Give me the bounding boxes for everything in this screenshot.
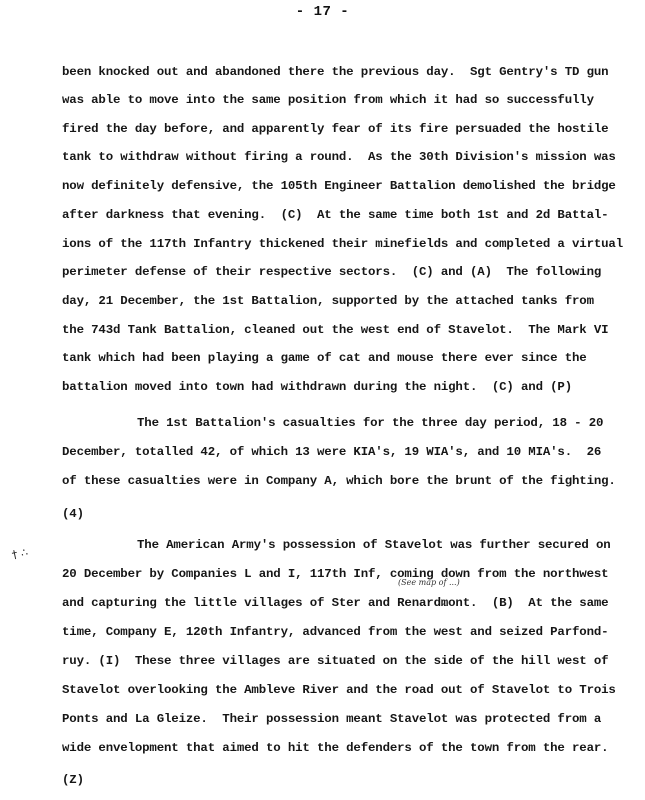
text-line: of these casualties were in Company A, w… bbox=[62, 473, 616, 489]
text-line: time, Company E, 120th Infantry, advance… bbox=[62, 624, 608, 640]
text-line: (Z) bbox=[62, 772, 84, 788]
handwritten-insert: (See map of ...) bbox=[398, 578, 460, 587]
page-number: - 17 - bbox=[0, 4, 645, 20]
text-line: ions of the 117th Infantry thickened the… bbox=[62, 236, 623, 252]
text-line: tank to withdraw without firing a round.… bbox=[62, 149, 616, 165]
text-line: the 743d Tank Battalion, cleaned out the… bbox=[62, 322, 608, 338]
text-line: fired the day before, and apparently fea… bbox=[62, 121, 608, 137]
text-line: (4) bbox=[62, 506, 84, 522]
insert-caret-icon: ^ bbox=[440, 603, 448, 613]
text-line: The 1st Battalion's casualties for the t… bbox=[137, 415, 603, 431]
text-line: tank which had been playing a game of ca… bbox=[62, 350, 587, 366]
text-line: after darkness that evening. (C) At the … bbox=[62, 207, 608, 223]
text-line: The American Army's possession of Stavel… bbox=[137, 537, 611, 553]
text-line: Stavelot overlooking the Ambleve River a… bbox=[62, 682, 616, 698]
text-line: was able to move into the same position … bbox=[62, 92, 594, 108]
text-line: Ponts and La Gleize. Their possession me… bbox=[62, 711, 601, 727]
margin-mark-icon: † ∴ bbox=[11, 548, 28, 559]
text-line: December, totalled 42, of which 13 were … bbox=[62, 444, 601, 460]
text-line: perimeter defense of their respective se… bbox=[62, 264, 601, 280]
text-line: been knocked out and abandoned there the… bbox=[62, 64, 608, 80]
text-line: now definitely defensive, the 105th Engi… bbox=[62, 178, 616, 194]
text-line: wide envelopment that aimed to hit the d… bbox=[62, 740, 608, 756]
text-line: battalion moved into town had withdrawn … bbox=[62, 379, 572, 395]
text-line: 20 December by Companies L and I, 117th … bbox=[62, 566, 608, 582]
text-line: ruy. (I) These three villages are situat… bbox=[62, 653, 608, 669]
text-line: day, 21 December, the 1st Battalion, sup… bbox=[62, 293, 594, 309]
text-line: and capturing the little villages of Ste… bbox=[62, 595, 608, 611]
